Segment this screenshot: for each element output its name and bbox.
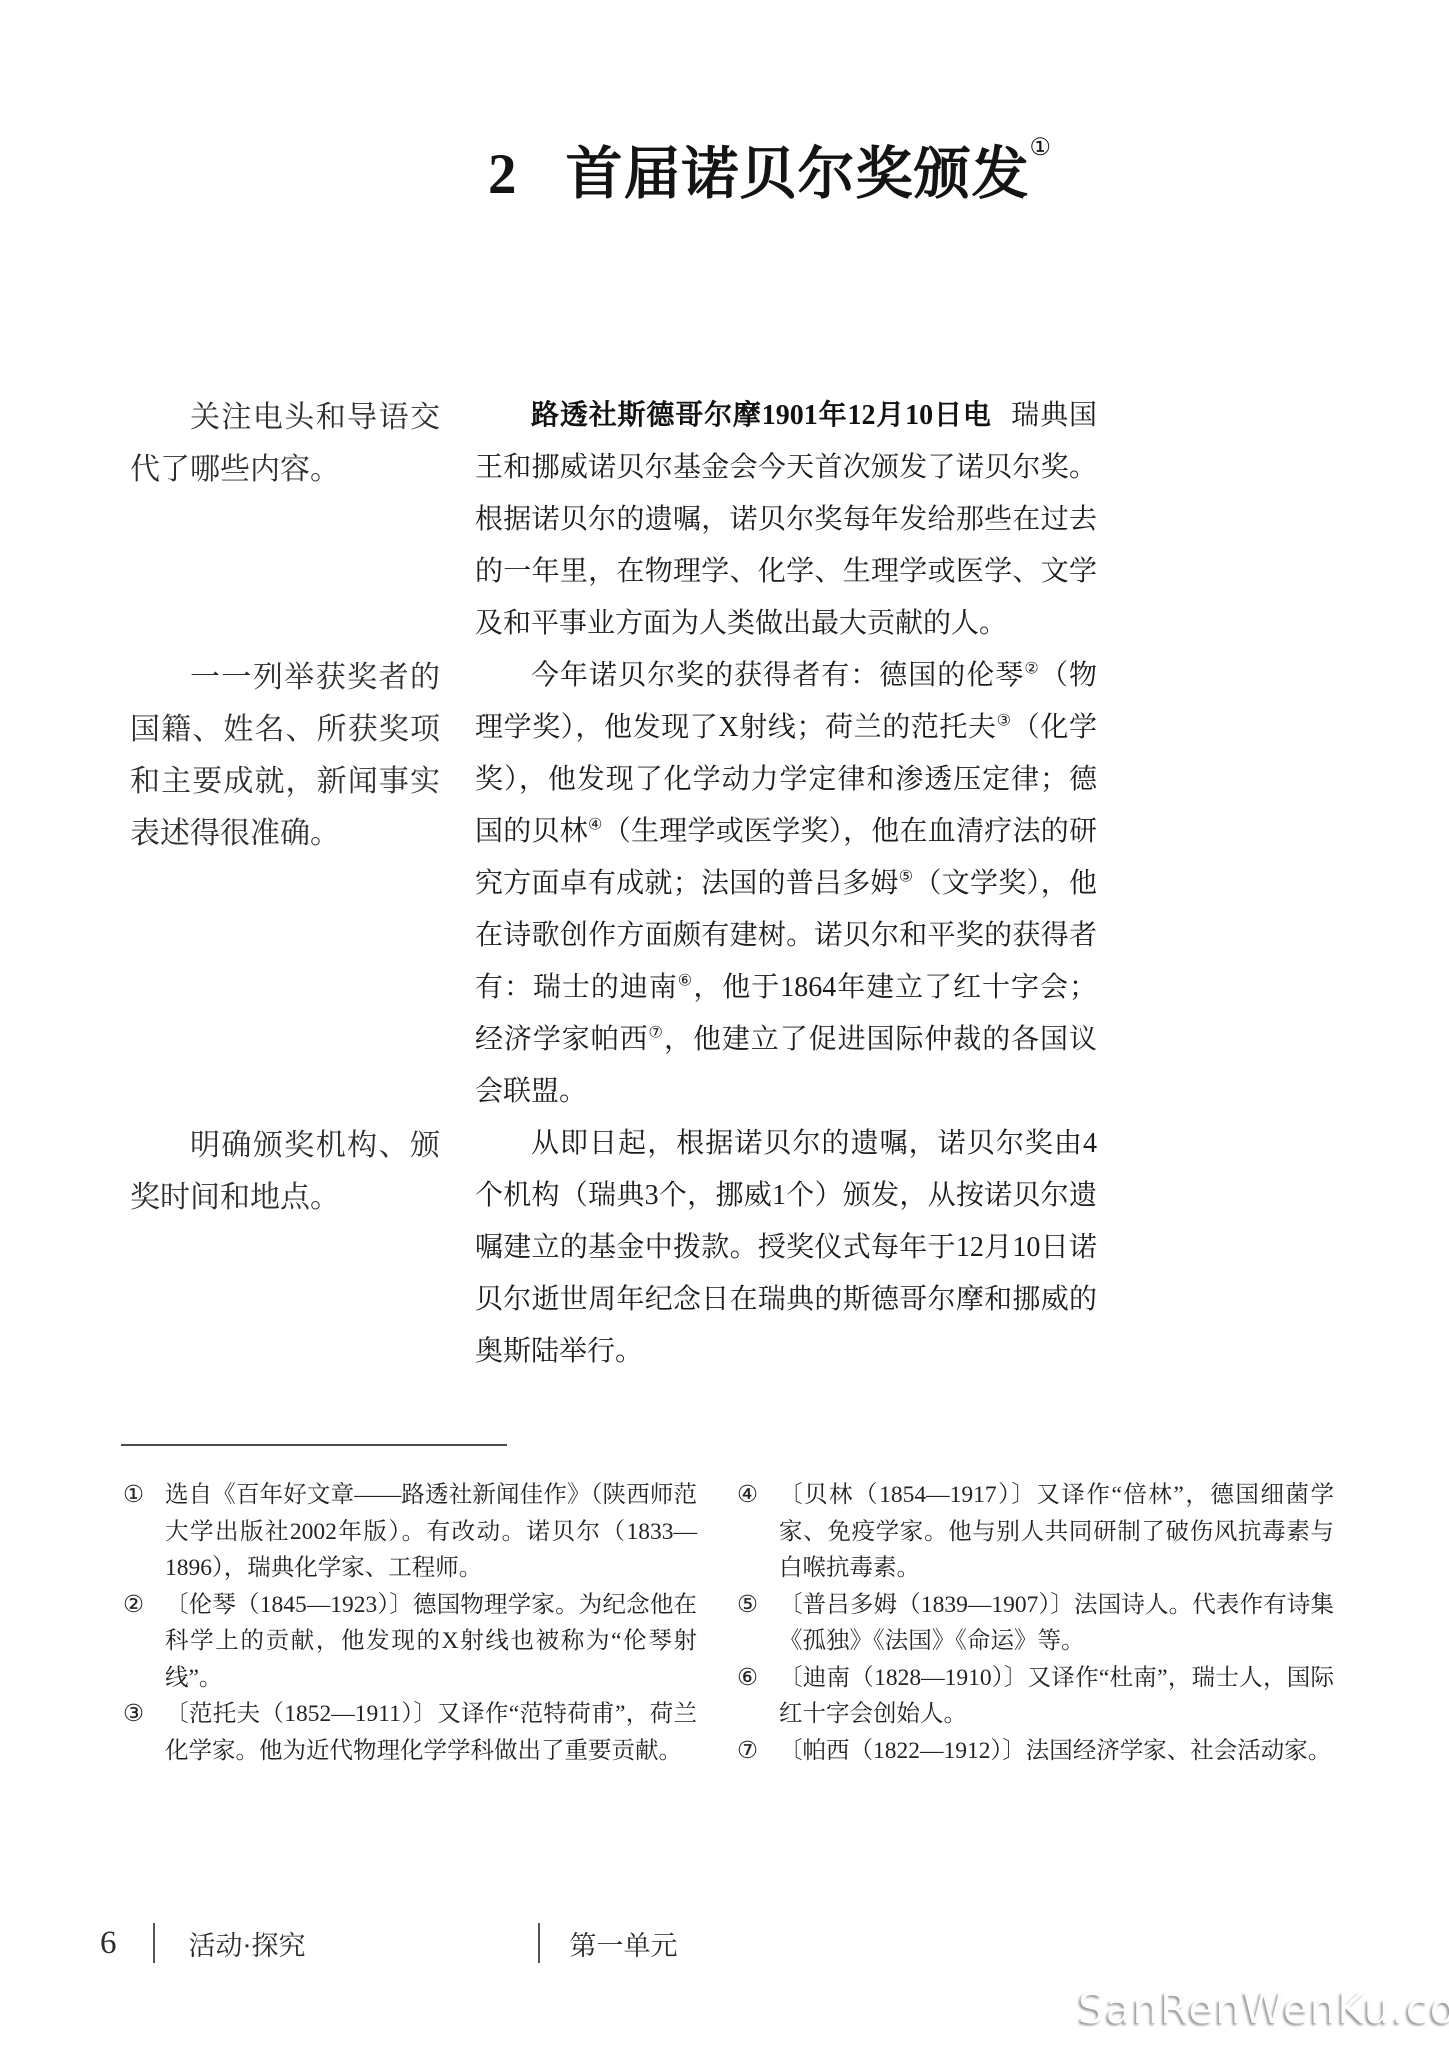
paragraph-text: 瑞典国王和挪威诺贝尔基金会今天首次颁发了诺贝尔奖。根据诺贝尔的遗嘱，诺贝尔奖每年… — [475, 400, 1097, 639]
footnote-marker: ⑥ — [737, 1660, 779, 1697]
footnote-marker: ② — [123, 1587, 165, 1624]
textbook-page: 2首届诺贝尔奖颁发① 关注电头和导语交代了哪些内容。 一一列举获奖者的国籍、姓名… — [0, 0, 1449, 2047]
paragraph-institutions: 从即日起，根据诺贝尔的遗嘱，诺贝尔奖由4个机构（瑞典3个，挪威1个）颁发，从按诺… — [475, 1118, 1097, 1378]
footnote-item: ⑦ 〔帕西（1822—1912）〕法国经济学家、社会活动家。 — [737, 1733, 1334, 1770]
footnote-marker: ⑤ — [737, 1587, 779, 1624]
margin-note-1: 关注电头和导语交代了哪些内容。 — [130, 392, 440, 496]
footnote-divider — [121, 1444, 507, 1446]
footnote-text: 选自《百年好文章——路透社新闻佳作》（陕西师范大学出版社2002年版）。有改动。… — [165, 1477, 697, 1587]
footnote-text: 〔伦琴（1845—1923）〕德国物理学家。为纪念他在科学上的贡献，他发现的X射… — [165, 1587, 697, 1697]
title-footnote-ref: ① — [1030, 135, 1051, 161]
page-number: 6 — [100, 1925, 117, 1962]
footnote-item: ② 〔伦琴（1845—1923）〕德国物理学家。为纪念他在科学上的贡献，他发现的… — [123, 1587, 697, 1697]
margin-note-3: 明确颁奖机构、颁奖时间和地点。 — [130, 1120, 440, 1224]
footnote-item: ④ 〔贝林（1854—1917）〕又译作“倍林”，德国细菌学家、免疫学家。他与别… — [737, 1477, 1334, 1587]
article-body: 路透社斯德哥尔摩1901年12月10日电瑞典国王和挪威诺贝尔基金会今天首次颁发了… — [475, 390, 1097, 1378]
watermark: SanRenWenKu.com — [1078, 1984, 1449, 2033]
footnotes-left-column: ① 选自《百年好文章——路透社新闻佳作》（陕西师范大学出版社2002年版）。有改… — [123, 1477, 697, 1769]
footnote-item: ⑥ 〔迪南（1828—1910）〕又译作“杜南”，瑞士人，国际红十字会创始人。 — [737, 1660, 1334, 1733]
footer-divider — [153, 1923, 155, 1963]
footnote-item: ③ 〔范托夫（1852—1911）〕又译作“范特荷甫”，荷兰化学家。他为近代物理… — [123, 1696, 697, 1769]
footnote-text: 〔迪南（1828—1910）〕又译作“杜南”，瑞士人，国际红十字会创始人。 — [779, 1660, 1334, 1733]
footnote-item: ⑤ 〔普吕多姆（1839—1907）〕法国诗人。代表作有诗集《孤独》《法国》《命… — [737, 1587, 1334, 1660]
page-footer: 6 活动·探究 第一单元 — [100, 1920, 678, 1966]
footnote-marker: ③ — [123, 1696, 165, 1733]
lesson-number: 2 — [488, 143, 518, 206]
footnote-text: 〔贝林（1854—1917）〕又译作“倍林”，德国细菌学家、免疫学家。他与别人共… — [779, 1477, 1334, 1587]
footnote-marker: ④ — [737, 1477, 779, 1514]
footnotes-right-column: ④ 〔贝林（1854—1917）〕又译作“倍林”，德国细菌学家、免疫学家。他与别… — [737, 1477, 1334, 1769]
footer-unit-label: 第一单元 — [570, 1924, 678, 1963]
footnote-text: 〔普吕多姆（1839—1907）〕法国诗人。代表作有诗集《孤独》《法国》《命运》… — [779, 1587, 1334, 1660]
paragraph-laureates: 今年诺贝尔奖的获得者有：德国的伦琴②（物理学奖），他发现了X射线；荷兰的范托夫③… — [475, 650, 1097, 1118]
footnote-text: 〔范托夫（1852—1911）〕又译作“范特荷甫”，荷兰化学家。他为近代物理化学… — [165, 1696, 697, 1769]
footer-divider — [538, 1923, 540, 1963]
dateline: 路透社斯德哥尔摩1901年12月10日电 — [531, 400, 992, 431]
footnote-item: ① 选自《百年好文章——路透社新闻佳作》（陕西师范大学出版社2002年版）。有改… — [123, 1477, 697, 1587]
footer-section-label: 活动·探究 — [189, 1924, 306, 1963]
footnote-text: 〔帕西（1822—1912）〕法国经济学家、社会活动家。 — [779, 1733, 1334, 1770]
footnote-marker: ⑦ — [737, 1733, 779, 1770]
paragraph-lead: 路透社斯德哥尔摩1901年12月10日电瑞典国王和挪威诺贝尔基金会今天首次颁发了… — [475, 390, 1097, 650]
margin-note-2: 一一列举获奖者的国籍、姓名、所获奖项和主要成就，新闻事实表述得很准确。 — [130, 652, 440, 860]
lesson-title-text: 首届诺贝尔奖颁发 — [566, 143, 1030, 206]
lesson-title: 2首届诺贝尔奖颁发① — [488, 128, 1051, 210]
footnote-marker: ① — [123, 1477, 165, 1514]
